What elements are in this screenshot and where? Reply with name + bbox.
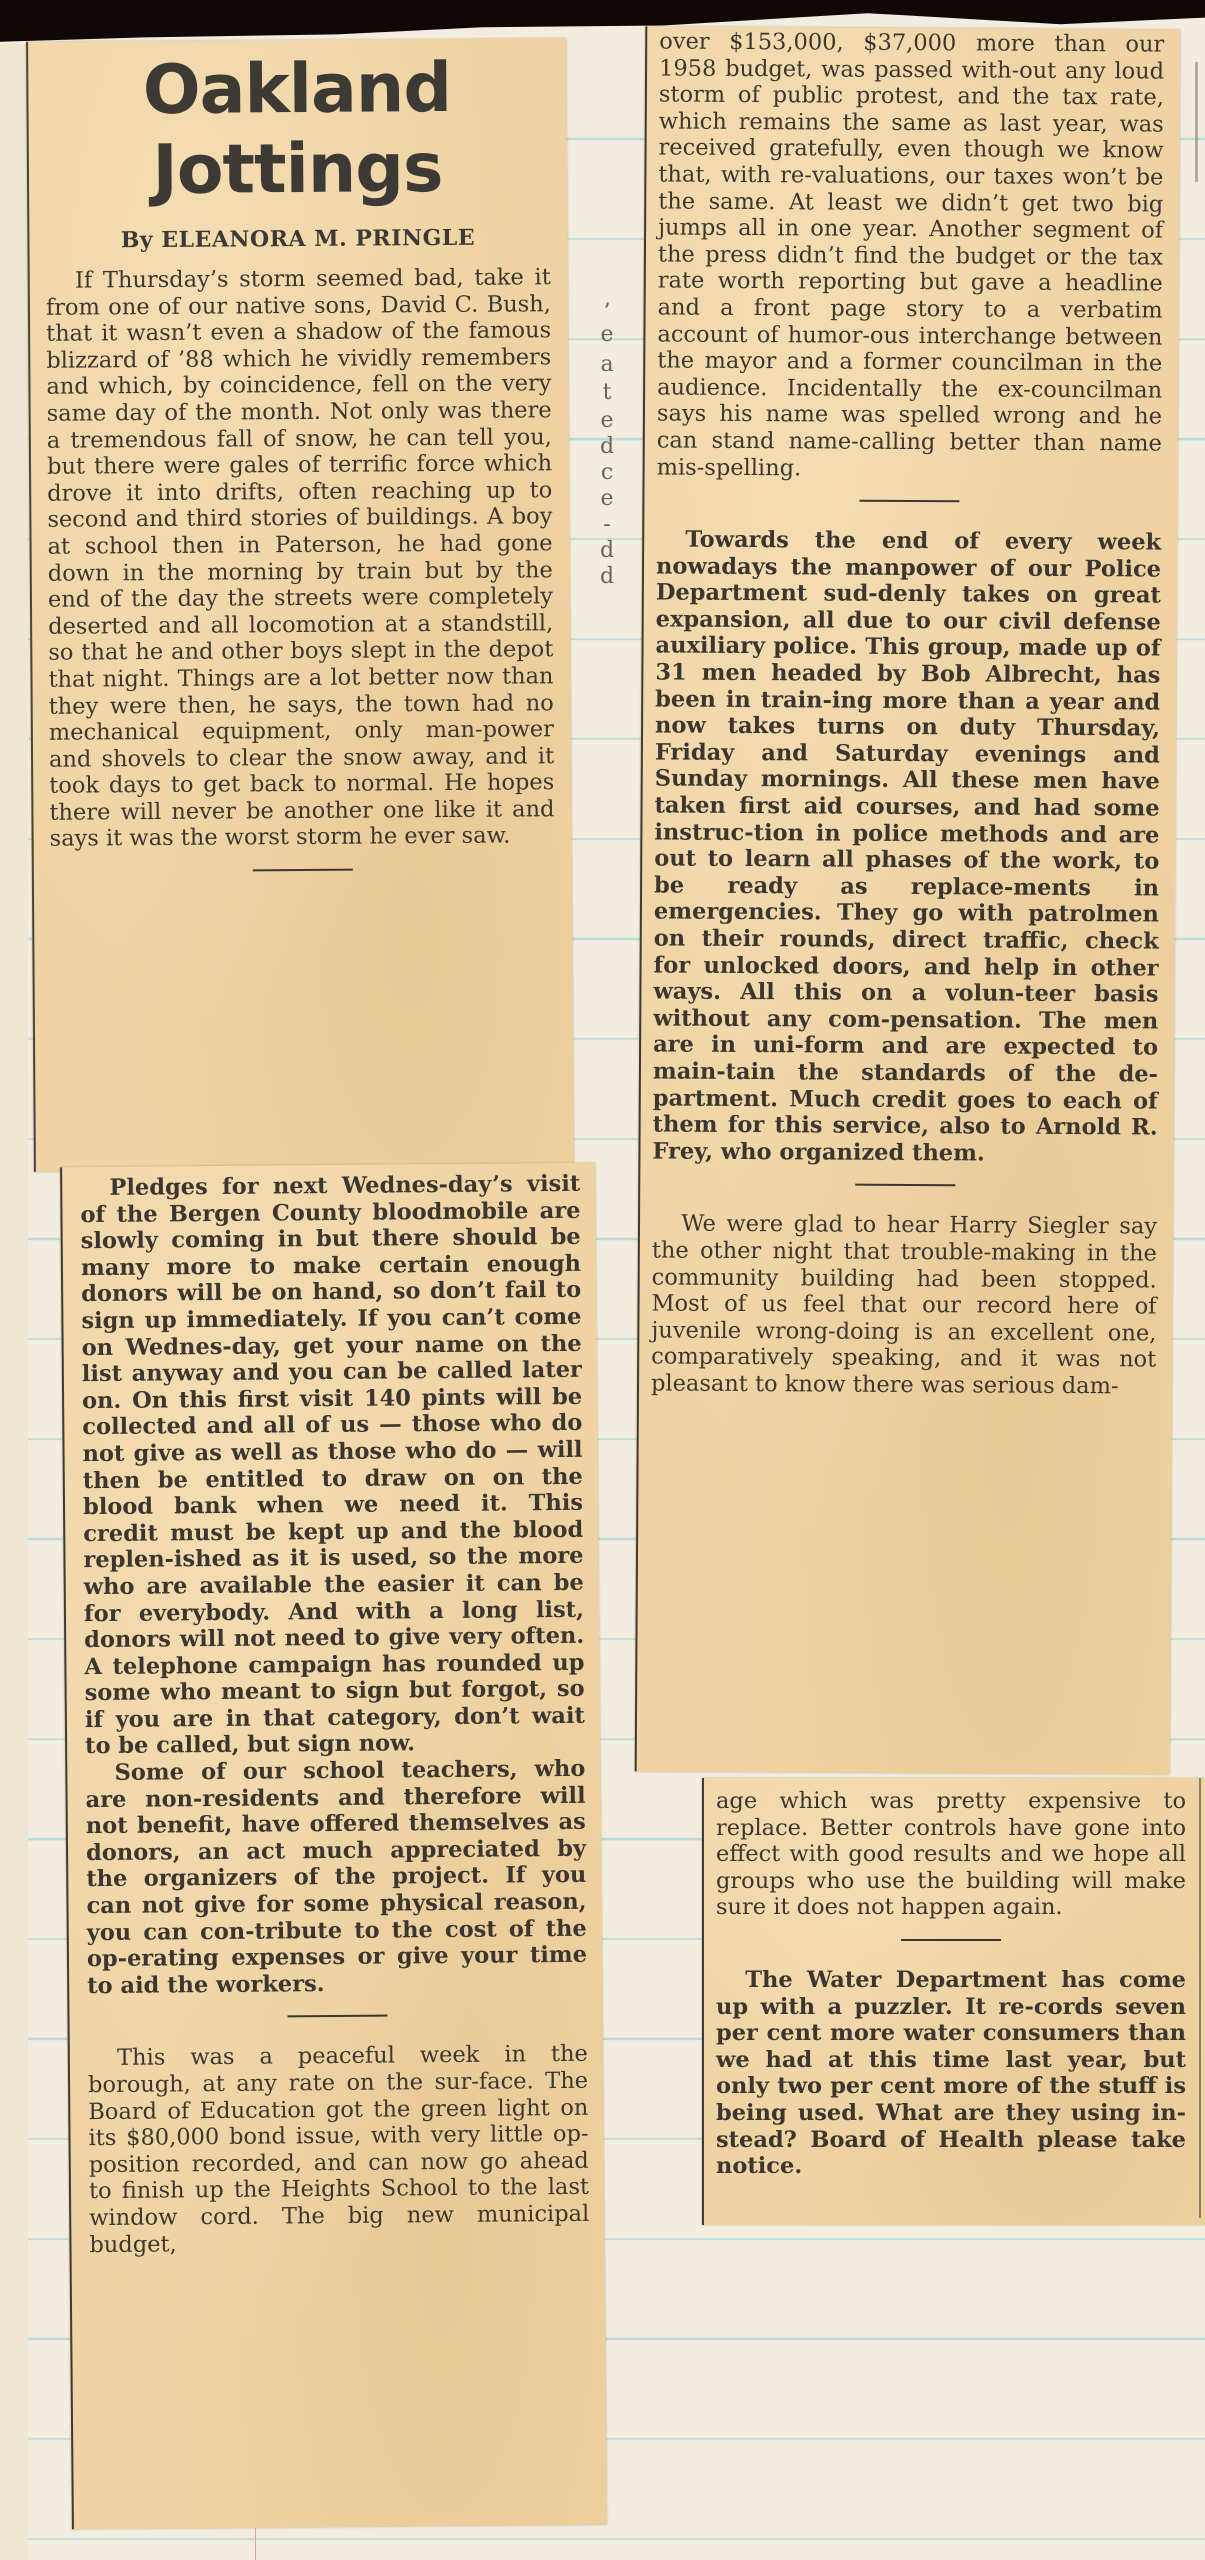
clipping-right-bottom: age which was pretty expensive to replac…	[702, 1778, 1205, 2225]
headline-line-2: Jottings	[45, 128, 551, 212]
section-divider	[287, 2015, 387, 2018]
clipping-right-top: over $153,000, $37,000 more than our 195…	[635, 26, 1181, 1774]
section-divider	[855, 1184, 955, 1187]
paragraph-blizzard: If Thursday’s storm seemed bad, take it …	[46, 264, 555, 853]
stray-char: e	[600, 408, 614, 434]
stray-char: d	[600, 564, 614, 590]
clipping-left-bottom: Pledges for next Wednes-day’s visit of t…	[60, 1163, 607, 2530]
paragraph-peaceful-week: This was a peaceful week in the borough,…	[88, 2041, 590, 2258]
paragraph-auxiliary-police: Towards the end of every week nowadays t…	[652, 527, 1161, 1168]
paragraph-community-building: We were glad to hear Harry Siegler say t…	[651, 1211, 1157, 1400]
stray-char: d	[600, 538, 614, 564]
paragraph-budget-continued: over $153,000, $37,000 more than our 195…	[657, 28, 1165, 483]
notebook-left-margin	[0, 44, 28, 2560]
stray-char: a	[600, 352, 614, 378]
clipping-right-border	[1199, 1778, 1201, 2218]
headline-line-1: Oakland	[44, 48, 550, 132]
paragraph-water-department: The Water Department has come up with a …	[716, 1967, 1186, 2180]
section-divider	[859, 500, 959, 503]
stray-char: e	[600, 486, 614, 512]
headline: Oakland Jottings	[44, 48, 550, 212]
stray-char: -	[600, 512, 614, 538]
paragraph-bloodmobile: Pledges for next Wednes-day’s visit of t…	[80, 1171, 585, 1760]
byline: By ELEANORA M. PRINGLE	[45, 224, 550, 254]
stray-char: e	[600, 322, 614, 348]
pencil-mark	[1195, 62, 1198, 182]
clipping-left-top: Oakland Jottings By ELEANORA M. PRINGLE …	[26, 38, 574, 1172]
stray-char: c	[600, 460, 614, 486]
section-divider	[901, 1939, 1001, 1941]
section-divider	[252, 869, 352, 872]
stray-char: d	[600, 434, 614, 460]
stray-char: t	[600, 380, 614, 406]
stray-fragment-column: ’ e a t e d c e - d d	[600, 300, 620, 600]
paragraph-teachers-donors: Some of our school teachers, who are non…	[85, 1756, 587, 2000]
paragraph-damage-continued: age which was pretty expensive to replac…	[716, 1788, 1186, 1921]
